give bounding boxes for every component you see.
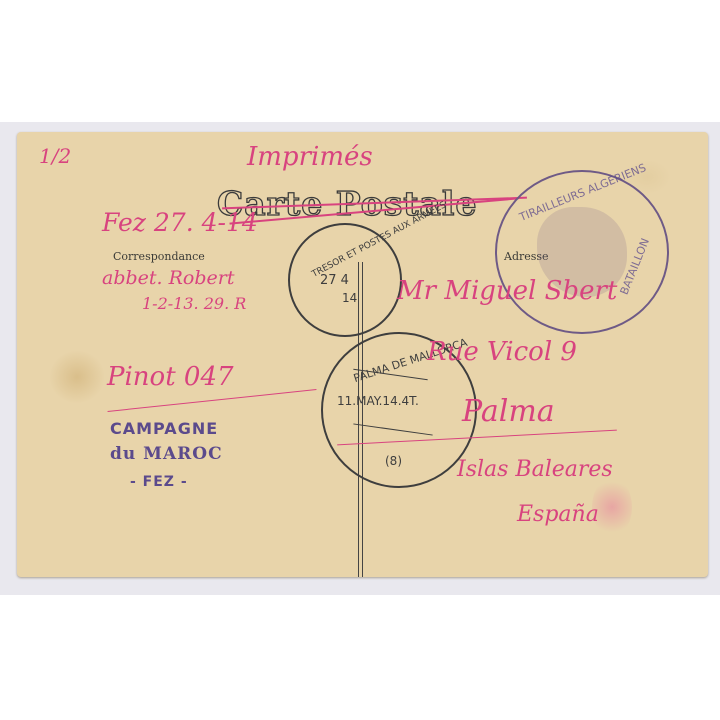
- fez-postmark-date: 27 4: [320, 273, 349, 288]
- handwritten-fraction: 1/2: [39, 144, 71, 168]
- palma-postmark-date: 11.MAY.14.4T.: [337, 394, 419, 408]
- fez-postmark-year: 14: [342, 291, 357, 305]
- fez-postmark: TRESOR ET POSTES AUX ARMEES 27 4 14: [288, 223, 402, 337]
- handwritten-recipient-region: Islas Baleares: [457, 457, 613, 482]
- handwritten-recipient-city: Palma: [462, 394, 555, 429]
- handwritten-sender-line1: Fez 27. 4-14: [102, 208, 258, 237]
- correspondence-label: Correspondance: [113, 250, 205, 263]
- campaign-cachet-line2: du MAROC: [110, 444, 223, 464]
- handwritten-sender-line3: 1-2-13. 29. R: [142, 294, 246, 313]
- postcard: Carte Postale Correspondance Adresse TIR…: [17, 132, 708, 577]
- handwritten-recipient-country: España: [517, 502, 599, 527]
- handwritten-recipient-name: Mr Miguel Sbert: [397, 276, 617, 306]
- palma-postmark-number: (8): [385, 454, 402, 468]
- handwritten-recipient-street: Rue Vicol 9: [427, 337, 577, 367]
- handwritten-signature: Pinot 047: [107, 362, 234, 392]
- handwritten-sender-line2: abbet. Robert: [102, 267, 234, 289]
- campaign-cachet-line3: - FEZ -: [130, 474, 188, 490]
- campaign-cachet-line1: CAMPAGNE: [110, 419, 218, 438]
- postmark-bar: [353, 423, 432, 435]
- signature-flourish: [108, 389, 317, 412]
- handwritten-printed-matter: Imprimés: [247, 142, 373, 172]
- ink-smudge: [592, 477, 632, 537]
- regiment-seal: TIRAILLEURS ALGÉRIENS BATAILLON: [495, 170, 669, 334]
